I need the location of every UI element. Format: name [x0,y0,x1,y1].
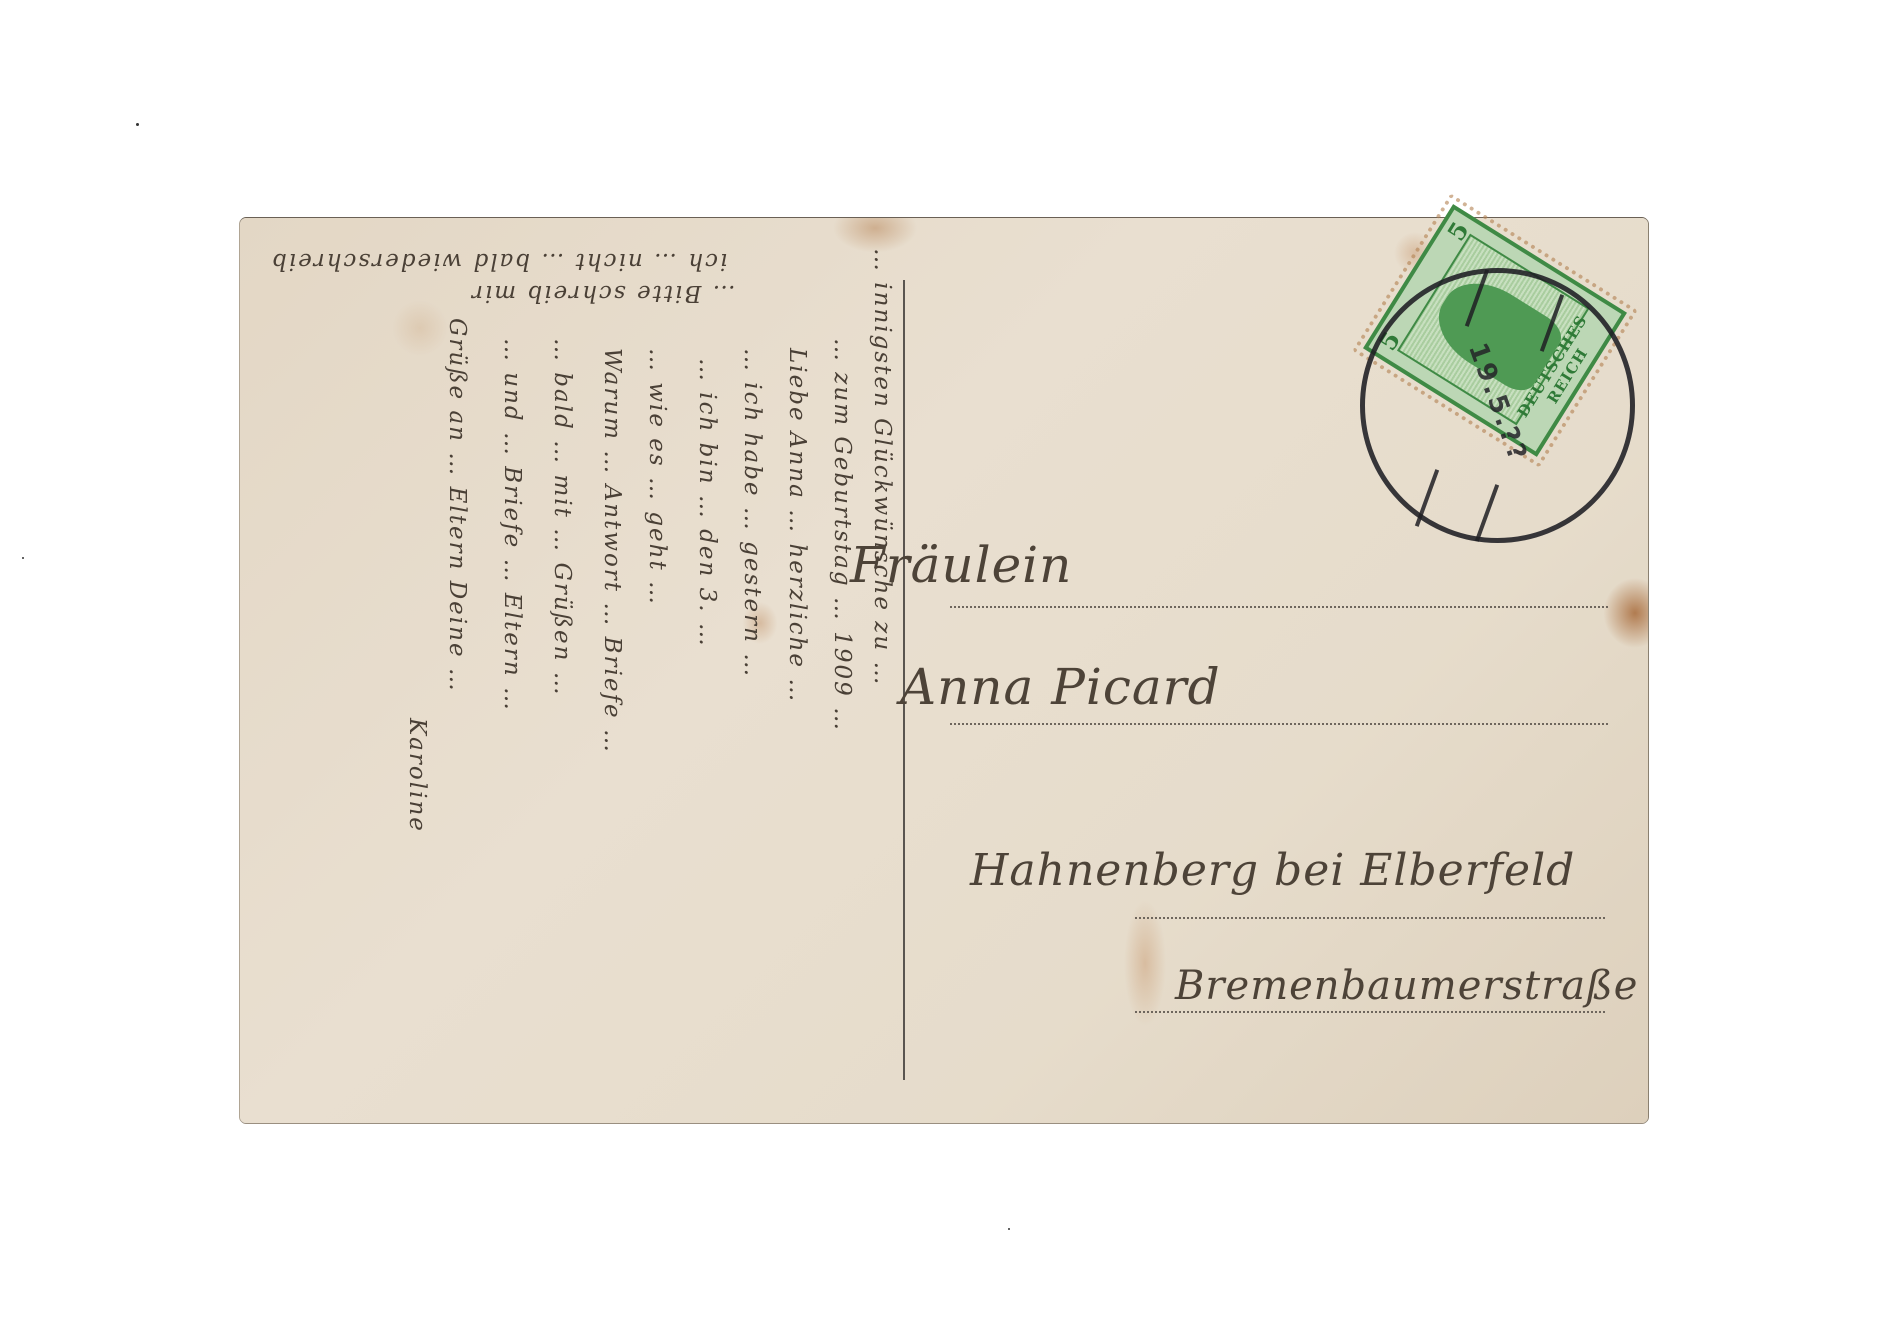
message-column: … bald … mit … Grüßen … [549,338,575,697]
postmark-date: 19.5.?? [1462,339,1533,467]
dust-speck [136,123,139,126]
message-upside-down-line: ich … nicht … bald wiederschreib [270,248,727,274]
postmark-bar [1465,269,1489,327]
message-column: Liebe Anna … herzliche … [784,348,810,703]
postcard: ich … nicht … bald wiederschreib … Bitte… [240,218,1648,1123]
address-line-3: Hahnenberg bei Elberfeld [970,845,1575,896]
message-column: Grüße an … Eltern Deine … [444,318,470,693]
address-line-1: Fräulein [850,536,1072,594]
message-column: … ich habe … gestern … [739,348,765,678]
postmark-bar [1415,469,1439,527]
message-signature: Karoline [404,718,430,833]
address-dotted-line [950,606,1608,608]
address-line-2: Anna Picard [900,658,1221,716]
address-line-4: Bremenbaumerstraße [1175,963,1638,1009]
address-dotted-line [1135,1011,1605,1013]
message-column: … innigsten Glückwünsche zu … [869,248,895,687]
postmark-bar [1475,484,1499,542]
message-column: … wie es … geht … [644,348,670,606]
message-column: Warum … Antwort … Briefe … [599,348,625,754]
dust-speck [1008,1228,1010,1230]
message-upside-down-line: … Bitte schreib mir [470,280,736,306]
address-dotted-line [1135,917,1605,919]
postmark-bar [1540,294,1564,352]
message-column: … ich bin … den 3. … [694,358,720,648]
message-column: … und … Briefe … Eltern … [499,338,525,712]
dust-speck [22,557,24,559]
address-dotted-line [950,723,1608,725]
postmark-cancellation: 19.5.?? [1360,268,1635,543]
